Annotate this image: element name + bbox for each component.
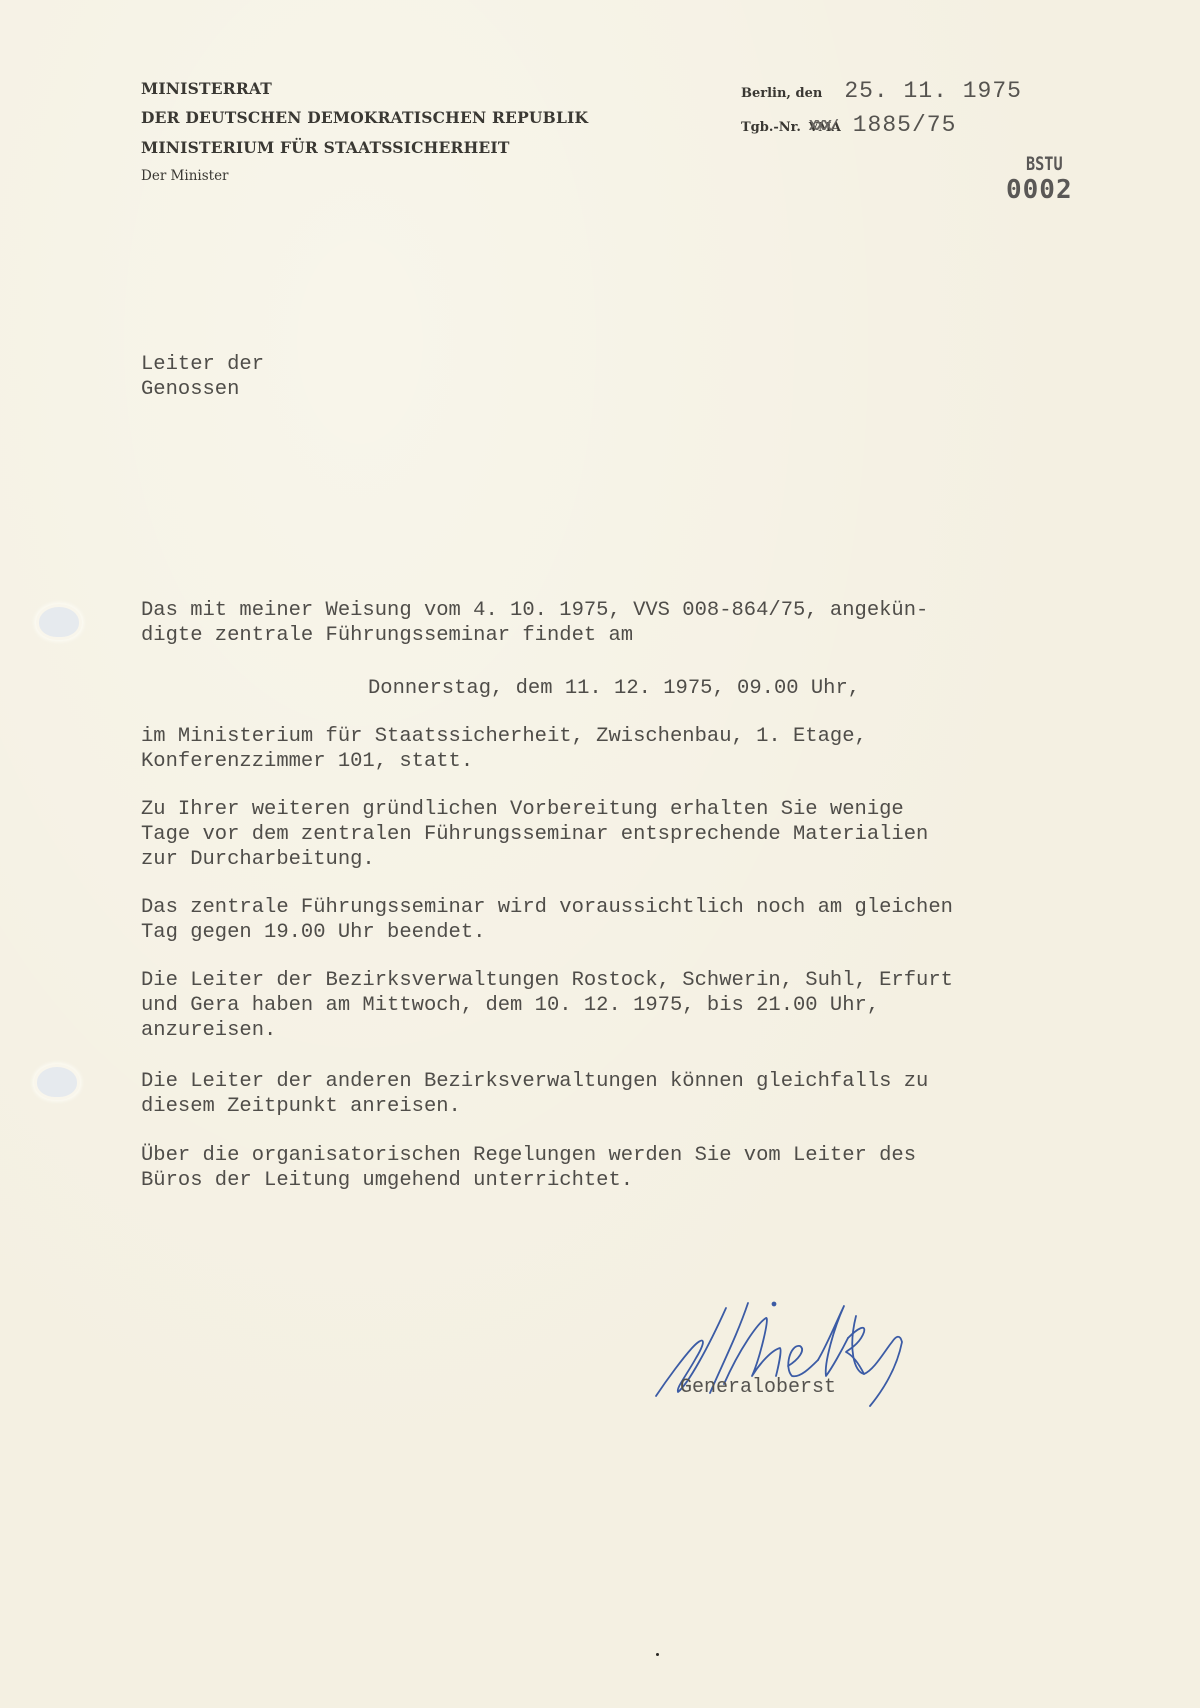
tgb-row: Tgb.-Nr. VMA XXX/ 1885/75 — [741, 112, 1022, 146]
paper-speck — [656, 1653, 659, 1656]
date-row: Berlin, den 25. 11. 1975 — [741, 78, 1022, 112]
paragraph-organisation: Über die organisatorischen Regelungen we… — [141, 1143, 916, 1193]
letterhead-council: MINISTERRAT — [141, 78, 588, 100]
paragraph-announcement: Das mit meiner Weisung vom 4. 10. 1975, … — [141, 598, 928, 648]
letterhead: MINISTERRAT DER DEUTSCHEN DEMOKRATISCHEN… — [141, 78, 588, 185]
paragraph-arrival-required: Die Leiter der Bezirksverwaltungen Rosto… — [141, 968, 953, 1043]
paragraph-end-time: Das zentrale Führungsseminar wird voraus… — [141, 895, 953, 945]
letterhead-ministry: MINISTERIUM FÜR STAATSSICHERHEIT — [141, 137, 588, 159]
punch-hole-upper — [39, 607, 79, 637]
archive-stamp: BSTU 0002 — [1006, 155, 1073, 203]
document-page: MINISTERRAT DER DEUTSCHEN DEMOKRATISCHEN… — [0, 0, 1200, 1708]
tgb-number: 1885/75 — [853, 112, 957, 138]
addressee: Leiter der Genossen — [141, 352, 264, 402]
paragraph-arrival-optional: Die Leiter der anderen Bezirksverwaltung… — [141, 1069, 928, 1119]
tgb-prefix: VMA XXX/ — [809, 120, 841, 134]
addressee-line-1: Leiter der — [141, 353, 264, 376]
stamp-label: BSTU — [1022, 155, 1067, 174]
punch-hole-lower — [37, 1067, 77, 1097]
paragraph-location: im Ministerium für Staatssicherheit, Zwi… — [141, 724, 867, 774]
signatory-rank: Generaloberst — [680, 1376, 836, 1399]
document-date: 25. 11. 1975 — [844, 78, 1022, 104]
paragraph-date-time: Donnerstag, dem 11. 12. 1975, 09.00 Uhr, — [368, 676, 860, 701]
letterhead-minister: Der Minister — [141, 167, 588, 185]
letterhead-state: DER DEUTSCHEN DEMOKRATISCHEN REPUBLIK — [141, 107, 588, 129]
place-label: Berlin, den — [741, 86, 822, 101]
tgb-prefix-overstrike: XXX/ — [809, 118, 837, 135]
tgb-label: Tgb.-Nr. — [741, 120, 801, 135]
paragraph-preparation: Zu Ihrer weiteren gründlichen Vorbereitu… — [141, 797, 928, 872]
stamp-number: 0002 — [1006, 177, 1073, 203]
addressee-line-2: Genossen — [141, 378, 239, 401]
document-meta: Berlin, den 25. 11. 1975 Tgb.-Nr. VMA XX… — [741, 78, 1022, 146]
